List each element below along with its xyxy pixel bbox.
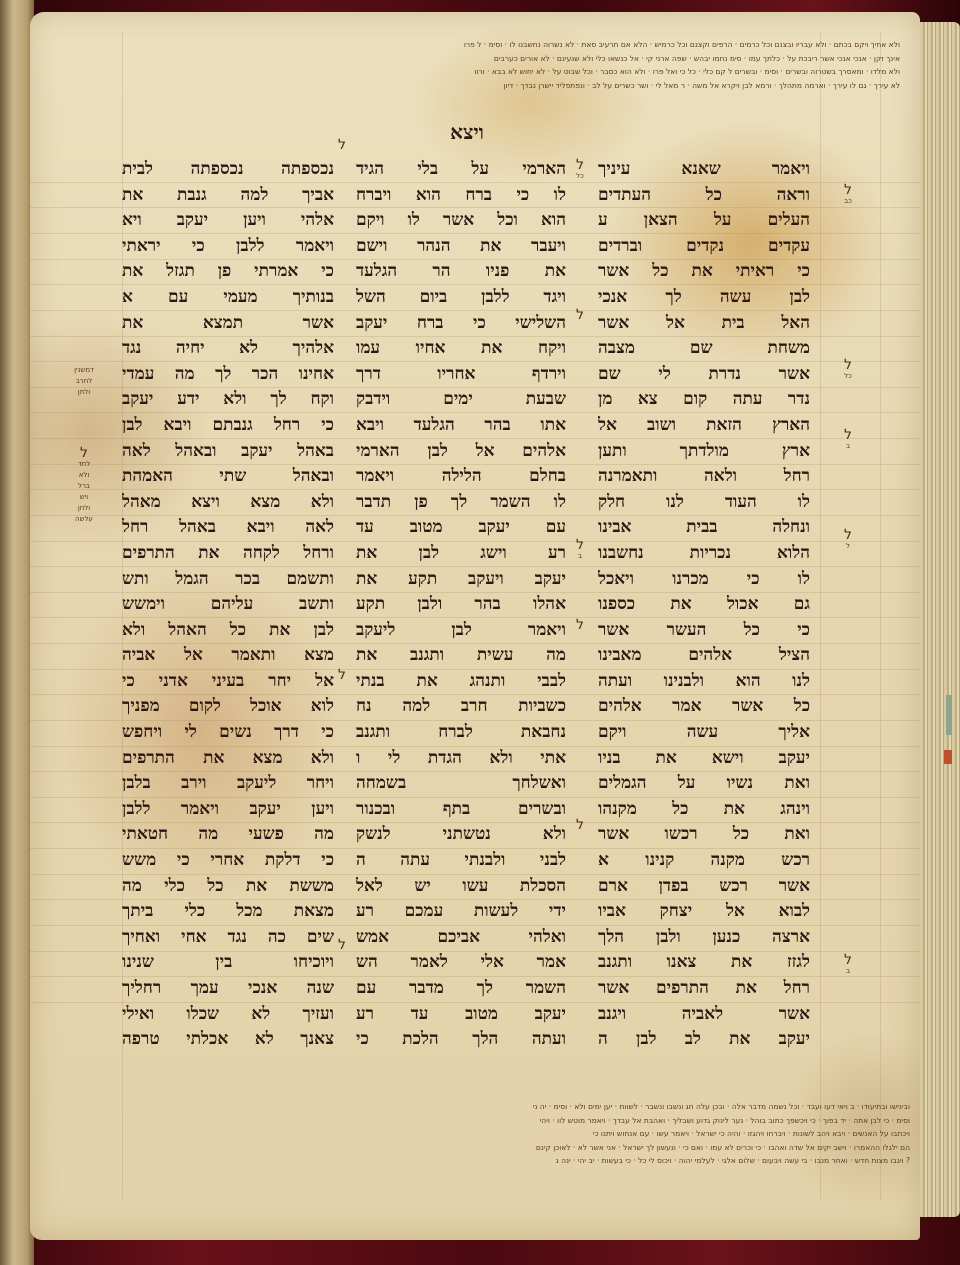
text-line: ויעבר את הנהר וישם <box>356 234 566 260</box>
masorah-magna-bottom: ובינישו ובתיעודו · ב ויאי דעו ועבד · וכל… <box>120 1100 910 1168</box>
parasha-heading: ויצא <box>432 120 502 145</box>
text-line: מה פשעי מה חטאתי <box>122 822 334 848</box>
text-line: שים כה נגד אחי ואחיך <box>122 925 334 951</box>
circellus-mark: ל <box>566 620 594 631</box>
masorah-note: ולחן <box>62 503 106 514</box>
text-line: נכספתה נכספתה לבית <box>122 157 334 183</box>
masorah-parva-inner-left: ל <box>328 940 356 951</box>
masorah-line: וסימ · כי לבן אתה · יד בפוך · כי ויכשפך … <box>120 1114 910 1128</box>
text-line: ויקח את אחיו עמו <box>356 336 566 362</box>
masorah-parva-inner-right: ל <box>566 820 594 831</box>
text-line: כי דרך נשים לי ויחפש <box>122 720 334 746</box>
text-line: הוא וכל אשר לו ויקם <box>356 208 566 234</box>
masorah-parva-right: ל ל <box>828 530 868 552</box>
text-line: ארץ מולדתך ותען <box>598 439 810 465</box>
text-line: באהל יעקב ובאהל לאה <box>122 439 334 465</box>
text-line: מששת את כל כלי מה <box>122 874 334 900</box>
text-line: לבן את כל האהל ולא <box>122 618 334 644</box>
circellus-mark: ל <box>828 430 868 441</box>
masorah-line: ויכתבו על האנשים · ויבא ויהב לשונות · וי… <box>120 1127 910 1141</box>
text-line: צאנך לא אכלתי טרפה <box>122 1027 334 1053</box>
text-line: ועזיך לא שכלו ואילי <box>122 1002 334 1028</box>
text-line: ויאמר שאנא עיניך <box>598 157 810 183</box>
text-line: כשביות חרב למה נח <box>356 694 566 720</box>
circellus-mark: ל <box>828 360 868 371</box>
text-line: יעקב מטוב עד רע <box>356 1002 566 1028</box>
masorah-line: הם ילגלו ההאמרו · וישב יקים אל שדה ואהבו… <box>120 1141 910 1155</box>
circellus-mark: ל <box>566 160 594 171</box>
text-line: אתו בהר הגלעד ויבא <box>356 413 566 439</box>
circellus-mark: ל <box>566 310 594 321</box>
masorah-parva-right: ל ב <box>828 955 868 977</box>
text-line: ולא מצא ויצא מאהל <box>122 490 334 516</box>
circellus-mark: ל <box>828 530 868 541</box>
text-line: הלוא נכריות נחשבנו <box>598 541 810 567</box>
text-line: אתי ולא הגדת לי ו <box>356 746 566 772</box>
text-line: את פניו הר הגלעד <box>356 259 566 285</box>
masorah-line: ולא מלדו · ומאסרך בשטרוה ובשרים · וסימ ·… <box>160 65 900 79</box>
text-line: בנותיך מעמי עם א <box>122 285 334 311</box>
text-line: ארצה כנען ולבן הלך <box>598 925 810 951</box>
text-line: רחל את התרפים אשר <box>598 976 810 1002</box>
text-line: ואשלחך בשמחה <box>356 771 566 797</box>
text-line: לבוא אל יצחק אביו <box>598 899 810 925</box>
masorah-note: ולא <box>62 470 106 481</box>
text-line: וירדף אחריו דרך <box>356 362 566 388</box>
masorah-note: לחרב <box>62 376 106 387</box>
masorah-note: ויש <box>62 492 106 503</box>
text-line: ויגד ללבן ביום השל <box>356 285 566 311</box>
text-line: לוא אוכל לקום מפניך <box>122 694 334 720</box>
text-line: לנו הוא ולבנינו ועתה <box>598 669 810 695</box>
text-line: משחת שם מצבה <box>598 336 810 362</box>
masorah-note: לחד <box>62 459 106 470</box>
text-line: הציל אלהים מאבינו <box>598 643 810 669</box>
text-line: הארמי על בלי הגיד <box>356 157 566 183</box>
text-line: העלים על הצאן ע <box>598 208 810 234</box>
text-line: לבני ולבנתי עתה ה <box>356 848 566 874</box>
text-line: ויאמר לבן ליעקב <box>356 618 566 644</box>
text-line: אשר נדרת לי שם <box>598 362 810 388</box>
masorah-parva-inner-right: ל ב <box>566 540 594 562</box>
text-line: בחלם הלילה ויאמר <box>356 464 566 490</box>
text-line: אל יחר בעיני אדני כי <box>122 669 334 695</box>
text-line: כל אשר אמר אלהים <box>598 694 810 720</box>
masorah-line: ובינישו ובתיעודו · ב ויאי דעו ועבד · וכל… <box>120 1100 910 1114</box>
text-line: לאה ויבא באהל רחל <box>122 515 334 541</box>
text-line: השלישי כי ברח יעקב <box>356 311 566 337</box>
masorah-note: כב <box>844 197 852 205</box>
masorah-line: אינך זקן · אנכי אנכי אשר ריבכת על · כלתך… <box>160 52 900 66</box>
text-line: יעקב ויעקב תקע את <box>356 567 566 593</box>
masorah-note: ב <box>846 442 850 450</box>
masorah-note: ב <box>846 967 850 975</box>
text-line: וראה כל העתדים <box>598 183 810 209</box>
vertical-ruling <box>880 32 881 1200</box>
text-line: מצא ותאמר אל אביה <box>122 643 334 669</box>
text-line: ותשב עליהם וימשש <box>122 592 334 618</box>
masorah-note: ולתן <box>62 387 106 398</box>
masorah-note: דמשנין <box>62 365 106 376</box>
text-line: וינהג את כל מקנהו <box>598 797 810 823</box>
page-marker-red <box>944 750 952 764</box>
left-page-edge <box>0 0 34 1265</box>
text-line: גם אכול את כספנו <box>598 592 810 618</box>
text-line: ולא נטשתני לנשק <box>356 822 566 848</box>
text-line: לבן עשה לך אנכי <box>598 285 810 311</box>
text-column-right: ויאמר שאנא עיניך וראה כל העתדים העלים על… <box>598 157 810 1053</box>
text-line: אהלו בהר ולבן תקע <box>356 592 566 618</box>
circellus-mark: ל <box>328 670 356 681</box>
text-line: רחל ולאה ותאמרנה <box>598 464 810 490</box>
text-line: אלהי ויען יעקב ויא <box>122 208 334 234</box>
text-line: לו השמר לך פן תדבר <box>356 490 566 516</box>
text-line: לבבי ותנהג את בנתי <box>356 669 566 695</box>
text-line: ובאהל שתי האמהת <box>122 464 334 490</box>
text-line: עם יעקב מטוב עד <box>356 515 566 541</box>
masorah-parva-inner-left: ל <box>328 670 356 681</box>
masorah-parva-inner-right: ל <box>566 310 594 321</box>
text-line: רע וישג לבן את <box>356 541 566 567</box>
text-line: ואת כל רכשו אשר <box>598 822 810 848</box>
text-line: אחינו הכר לך מה עמדי <box>122 362 334 388</box>
text-line: אמר אלי לאמר הש <box>356 950 566 976</box>
text-line: ועתה הלך הלכת כי <box>356 1027 566 1053</box>
masorah-magna-top: ולא אחיך ויקם בכתם · ולא עבריו ובצנם וכל… <box>160 38 900 92</box>
masorah-parva-right: ל כב <box>828 185 868 207</box>
text-line: כי כל העשר אשר <box>598 618 810 644</box>
masorah-note: כל <box>844 372 852 380</box>
masorah-parva-inner-right: ל כל <box>566 160 594 182</box>
text-line: ובשרים בתף ובכנור <box>356 797 566 823</box>
masorah-note: ב <box>578 552 582 560</box>
text-line: מה עשית ותגנב את <box>356 643 566 669</box>
text-line: עקדים נקדים וברדים <box>598 234 810 260</box>
circellus-mark: ל <box>828 955 868 966</box>
text-line: אשר לאביה ויגנב <box>598 1002 810 1028</box>
text-line: יעקב וישא את בניו <box>598 746 810 772</box>
masorah-note: עלשה <box>62 514 106 525</box>
masorah-note: ברל <box>62 481 106 492</box>
text-line: אביך למה גנבת את <box>122 183 334 209</box>
circellus-mark: ל <box>328 140 356 151</box>
text-line: ואלהי אביכם אמש <box>356 925 566 951</box>
text-line: ולא מצא את התרפים <box>122 746 334 772</box>
text-line: ויוכיחו בין שנינו <box>122 950 334 976</box>
masorah-note: ל <box>846 542 850 550</box>
text-line: כי ראיתי את כל אשר <box>598 259 810 285</box>
text-line: נחבאת לברח ותגנב <box>356 720 566 746</box>
text-line: הסכלת עשו יש לאל <box>356 874 566 900</box>
masorah-parva-left: דמשנין לחרב ולתן <box>62 365 106 398</box>
text-line: ותשמם בכר הגמל ותש <box>122 567 334 593</box>
text-line: אשר תמצא את <box>122 311 334 337</box>
text-line: לגזז את צאנו ותגנב <box>598 950 810 976</box>
text-line: כי דלקת אחרי כי משש <box>122 848 334 874</box>
text-column-left: נכספתה נכספתה לבית אביך למה גנבת את אלהי… <box>122 157 334 1053</box>
circellus-mark: ל <box>566 820 594 831</box>
text-line: כי רחל גנבתם ויבא לבן <box>122 413 334 439</box>
text-line: יעקב את לב לבן ה <box>598 1027 810 1053</box>
text-line: וקח לך ולא ידע יעקב <box>122 387 334 413</box>
text-line: לו כי ברח הוא ויברח <box>356 183 566 209</box>
text-line: אלהים אל לבן הארמי <box>356 439 566 465</box>
circellus-mark: ל <box>828 185 868 196</box>
text-line: האל בית אל אשר <box>598 311 810 337</box>
page-marker-tab <box>946 695 952 735</box>
text-line: נדר עתה קום צא מן <box>598 387 810 413</box>
text-line: ויען יעקב ויאמר ללבן <box>122 797 334 823</box>
text-line: אלהיך לא יחיה נגד <box>122 336 334 362</box>
masorah-parva-inner-left: ל <box>328 140 356 151</box>
masorah-parva-right: ל ב <box>828 430 868 452</box>
masorah-parva-inner-right: ל <box>566 620 594 631</box>
text-line: אליך עשה ויקם <box>598 720 810 746</box>
text-line: הארץ הזאת ושוב אל <box>598 413 810 439</box>
masorah-note: כל <box>576 172 584 180</box>
text-line: השמר לך מדבר עם <box>356 976 566 1002</box>
masorah-parva-left: ל לחד ולא ברל ויש ולחן עלשה <box>62 448 106 525</box>
text-line: רכש מקנה קנינו א <box>598 848 810 874</box>
text-line: ואת נשיו על הגמלים <box>598 771 810 797</box>
text-line: ורחל לקחה את התרפים <box>122 541 334 567</box>
masorah-line: ולא אחיך ויקם בכתם · ולא עבריו ובצנם וכל… <box>160 38 900 52</box>
circellus-mark: ל <box>328 940 356 951</box>
masorah-parva-right: ל כל <box>828 360 868 382</box>
text-line: כי אמרתי פן תגזל את <box>122 259 334 285</box>
masorah-line: ? ויגבו מצות חדש · ואחר מנבו · בי עשה וי… <box>120 1154 910 1168</box>
text-line: ונחלה בבית אבינו <box>598 515 810 541</box>
text-line: ויאמר ללבן כי יראתי <box>122 234 334 260</box>
text-line: לו כי מכרנו ויאכל <box>598 567 810 593</box>
circellus-mark: ל <box>62 448 106 459</box>
text-column-middle: הארמי על בלי הגיד לו כי ברח הוא ויברח הו… <box>356 157 566 1053</box>
masorah-line: לא עירך · גם לו עירך · וארמה מתהלך · ורמ… <box>160 79 900 93</box>
text-line: לו העוד לנו חלק <box>598 490 810 516</box>
text-line: ידי לעשות עמכם רע <box>356 899 566 925</box>
text-line: שנה אנכי עמך רחליך <box>122 976 334 1002</box>
circellus-mark: ל <box>566 540 594 551</box>
text-line: ויחר ליעקב וירב בלבן <box>122 771 334 797</box>
vertical-ruling <box>820 32 821 1200</box>
text-line: אשר רכש בפדן ארם <box>598 874 810 900</box>
text-line: מצאת מכל כלי ביתך <box>122 899 334 925</box>
text-line: שבעת ימים וידבק <box>356 387 566 413</box>
